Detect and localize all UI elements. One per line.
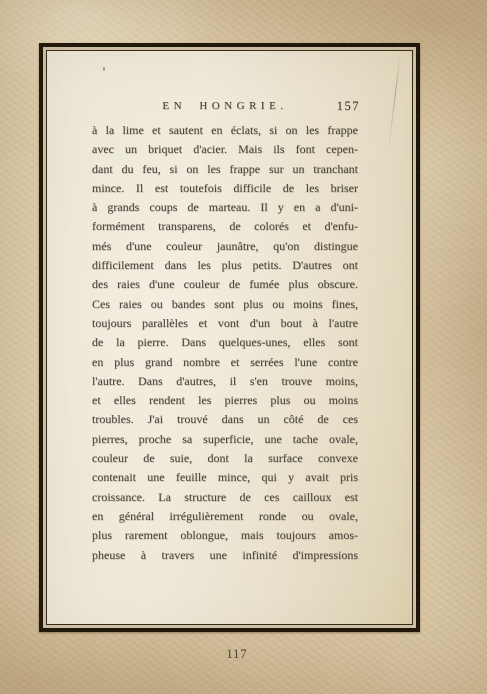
- header-page-number: 157: [337, 99, 360, 114]
- page-frame: EN HONGRIE. 157 à la lime et sautent en …: [39, 43, 420, 632]
- text-line: formément transparens, de colorés et d'e…: [92, 217, 358, 236]
- text-line: més d'une couleur jaunâtre, qu'on distin…: [92, 237, 358, 256]
- text-line: des raies d'une couleur de fumée plus ob…: [92, 275, 358, 294]
- text-line: mince. Il est toutefois difficile de les…: [92, 179, 358, 198]
- text-line: avec un briquet d'acier. Mais ils font c…: [92, 140, 358, 159]
- book-page: EN HONGRIE. 157 à la lime et sautent en …: [46, 50, 413, 625]
- text-column: EN HONGRIE. 157 à la lime et sautent en …: [92, 100, 358, 565]
- text-line: à grands coups de marteau. Il y en a d'u…: [92, 198, 358, 217]
- page-corner-crease: [388, 55, 400, 146]
- header-title: EN HONGRIE.: [162, 100, 287, 112]
- text-line: couleur de suie, dont la surface convexe: [92, 449, 358, 468]
- text-line: pheuse à travers une infinité d'impressi…: [92, 546, 358, 565]
- ink-speck: [103, 67, 105, 71]
- text-line: et elles rendent les pierres plus ou moi…: [92, 391, 358, 410]
- text-line: l'autre. Dans d'autres, il s'en trouve m…: [92, 372, 358, 391]
- text-line: difficilement dans les plus petits. D'au…: [92, 256, 358, 275]
- text-line: en plus grand nombre et serrées l'une co…: [92, 353, 358, 372]
- running-header: EN HONGRIE. 157: [92, 100, 358, 115]
- text-line: plus rarement oblongue, mais toujours am…: [92, 526, 358, 545]
- text-line: toujours parallèles et vont d'un bout à …: [92, 314, 358, 333]
- text-line: dant du feu, si on les frappe sur un tra…: [92, 160, 358, 179]
- text-line: de la pierre. Dans quelques-unes, elles …: [92, 333, 358, 352]
- text-line: contenait une feuille mince, qui y avait…: [92, 468, 358, 487]
- text-line: troubles. J'ai trouvé dans un côté de ce…: [92, 410, 358, 429]
- text-line: à la lime et sautent en éclats, si on le…: [92, 121, 358, 140]
- text-line: en général irrégulièrement ronde ou oval…: [92, 507, 358, 526]
- scan-background: EN HONGRIE. 157 à la lime et sautent en …: [0, 0, 487, 694]
- body-text: à la lime et sautent en éclats, si on le…: [92, 121, 358, 565]
- scan-page-number: 117: [0, 647, 474, 662]
- text-line: pierres, proche sa superficie, une tache…: [92, 430, 358, 449]
- text-line: croissance. La structure de ces cailloux…: [92, 488, 358, 507]
- text-line: Ces raies ou bandes sont plus ou moins f…: [92, 295, 358, 314]
